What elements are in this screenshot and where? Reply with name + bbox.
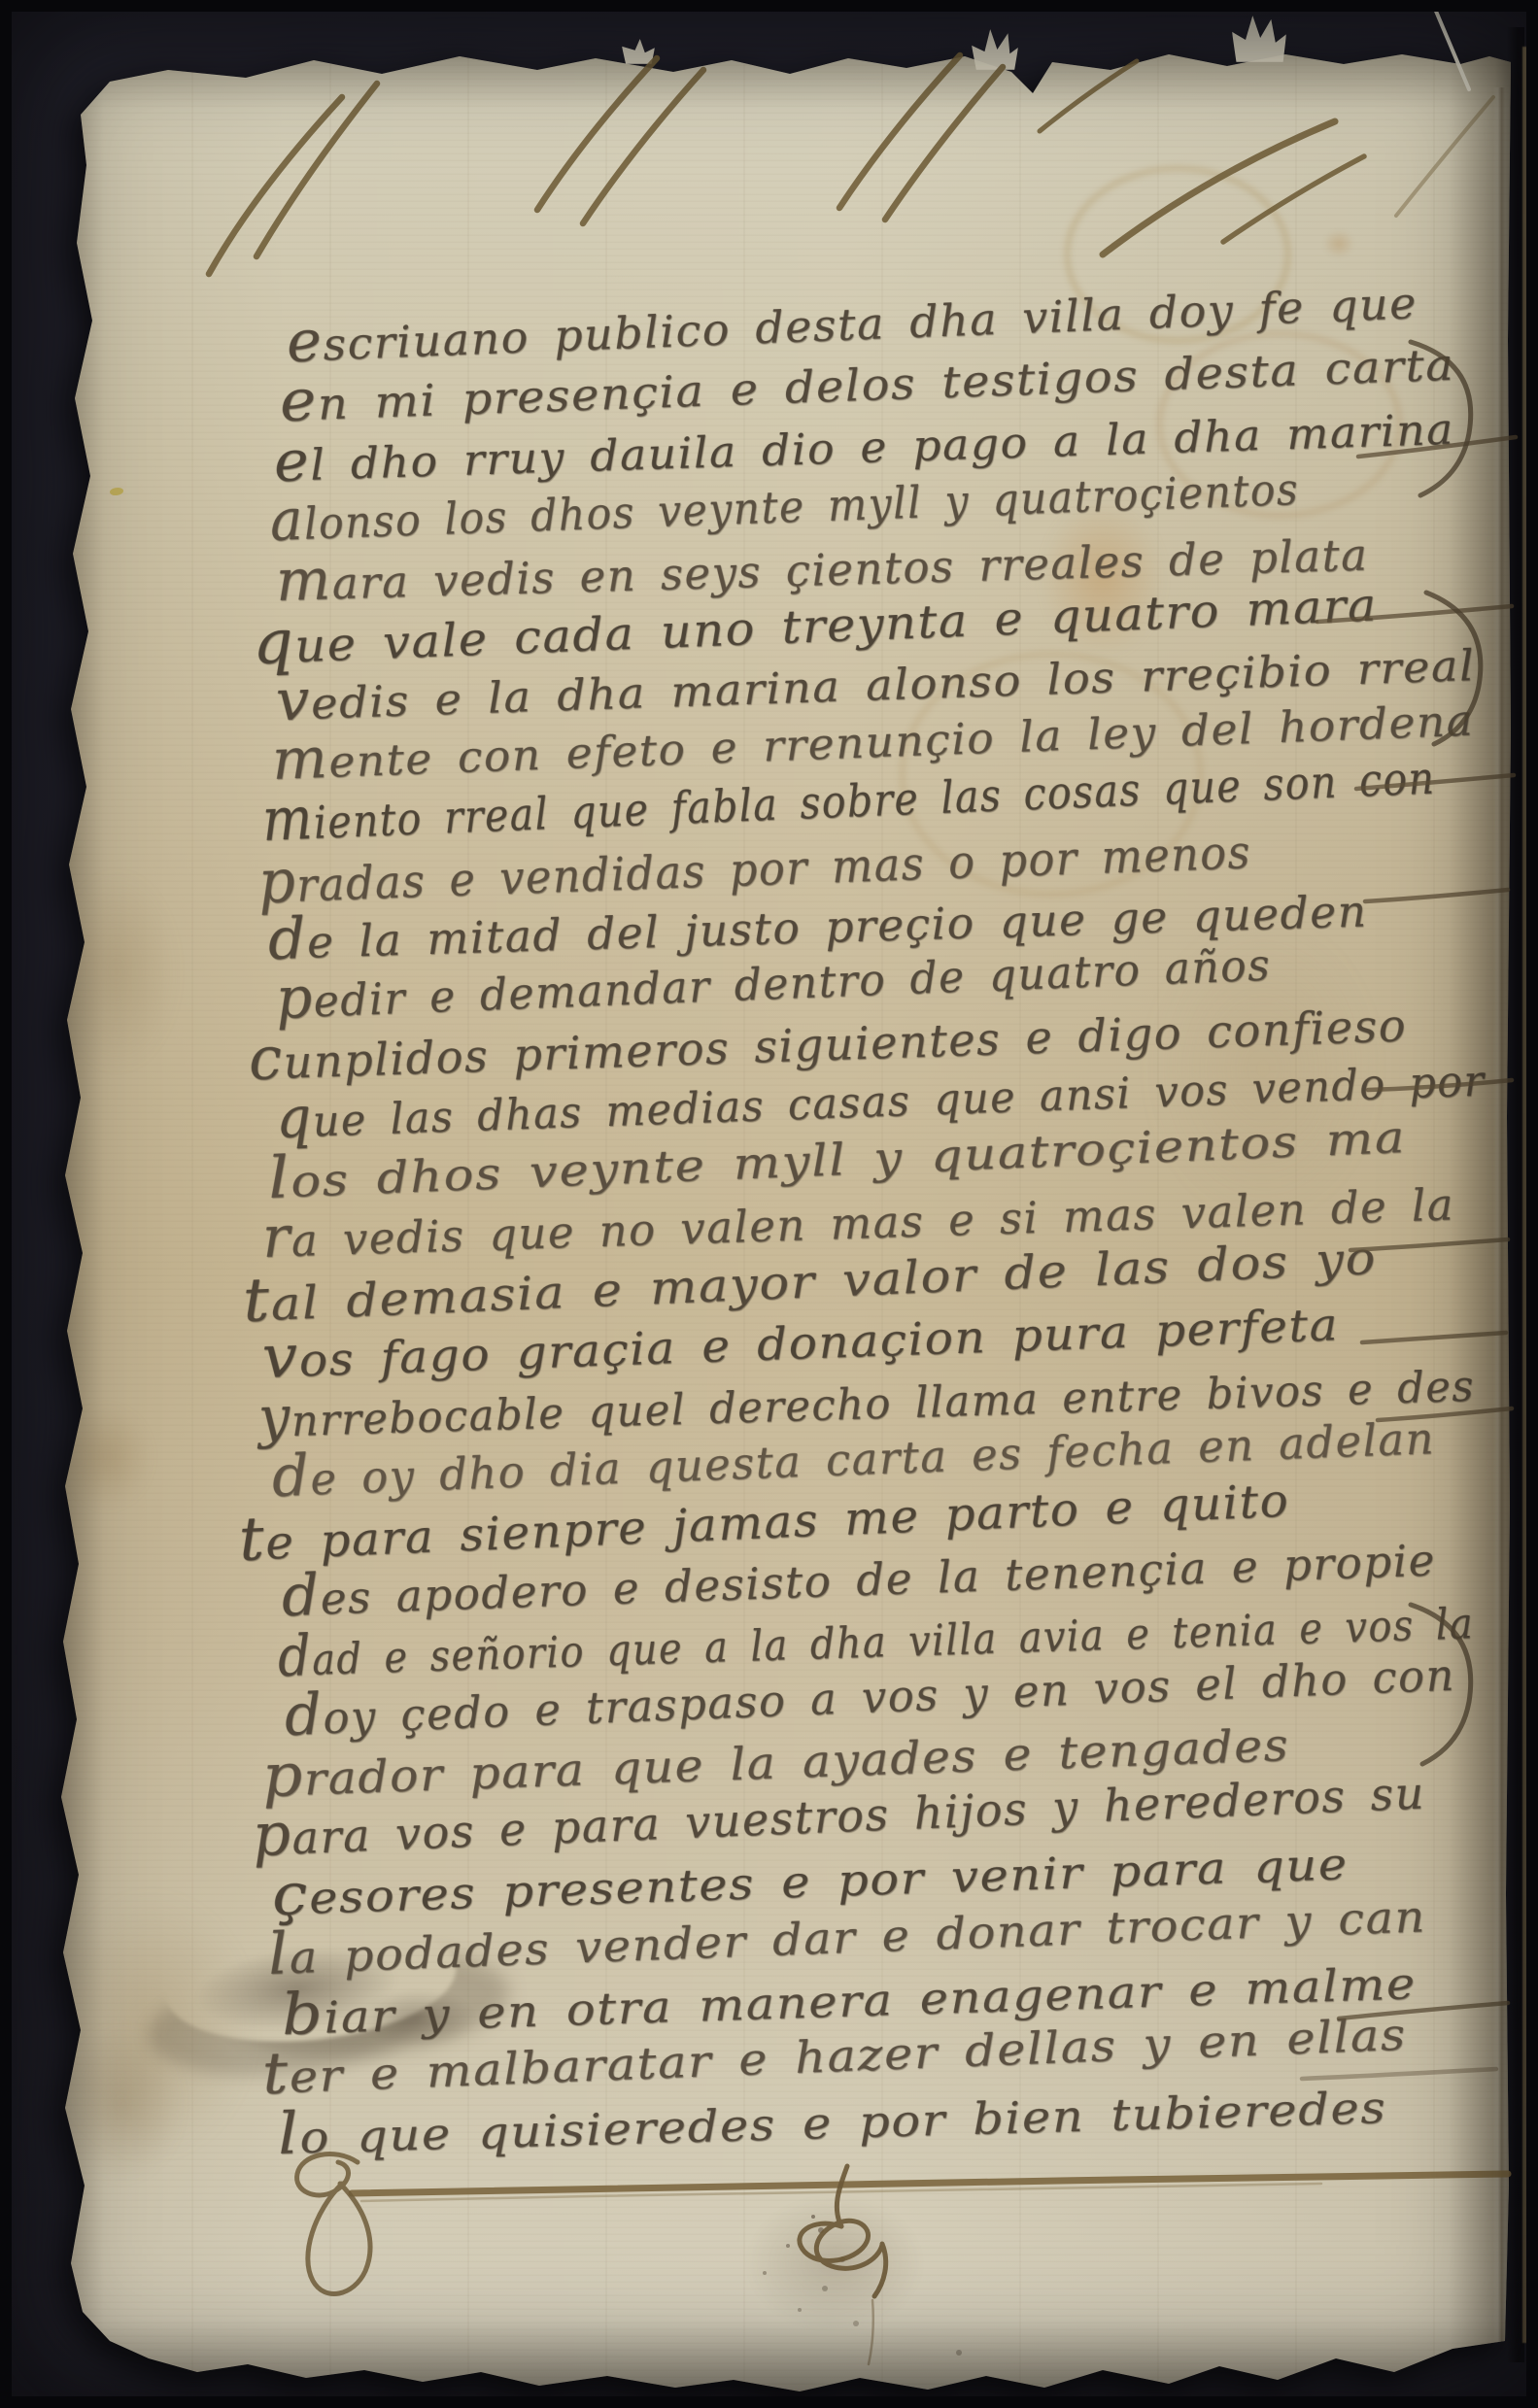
manuscript-text: escriuano publico desta dha villa doy fe… — [0, 0, 1538, 2408]
scan-background: escriuano publico desta dha villa doy fe… — [0, 0, 1538, 2408]
